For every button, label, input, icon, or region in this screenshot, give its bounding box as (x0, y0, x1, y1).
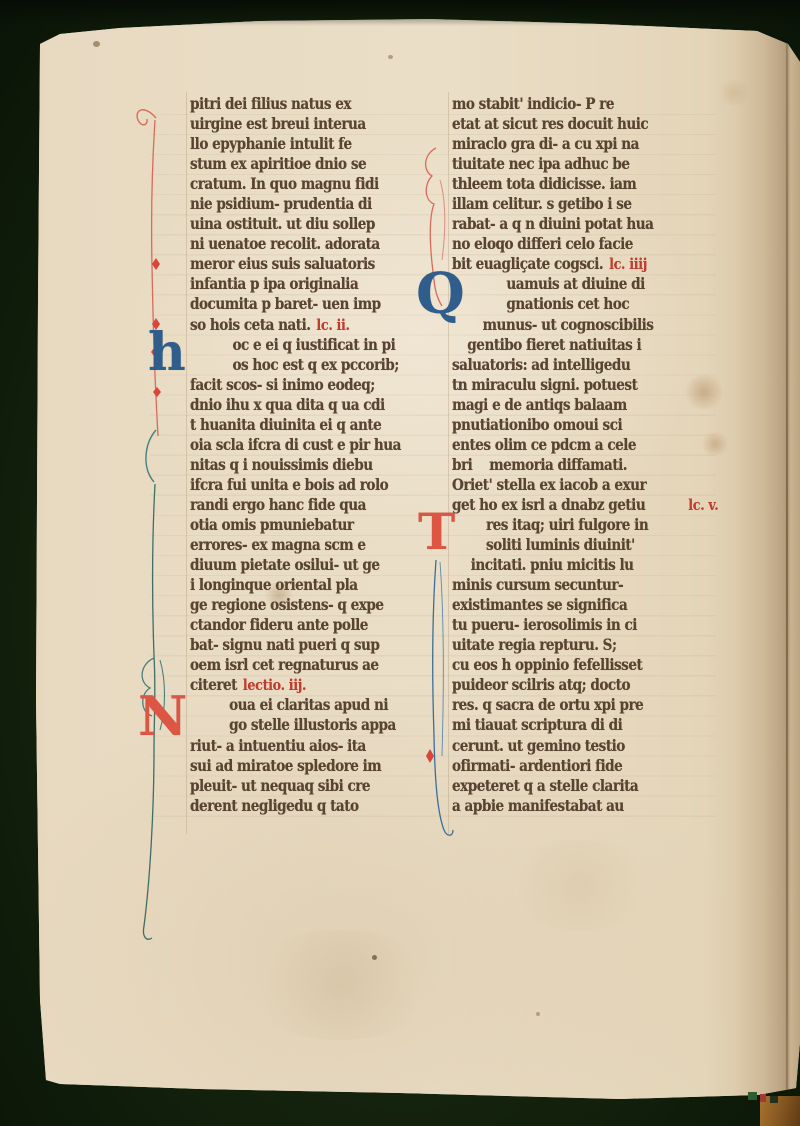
text-line: infantia p ipa originalia (190, 274, 404, 294)
latin-text: oem isrl cet regnaturus ae (190, 655, 379, 674)
latin-text: gnationis cet hoc (506, 294, 629, 313)
text-line: soliti luminis diuinit' (452, 535, 666, 555)
text-line: tu pueru- ierosolimis in ci (452, 615, 666, 635)
text-line: llo epyphanie intulit fe (190, 134, 404, 154)
text-line: bri memoria diffamati. (452, 455, 666, 475)
text-line: randi ergo hanc fide qua (190, 495, 404, 515)
text-line: incitati. pniu micitis lu (452, 555, 666, 575)
latin-text: documita p baret- uen imp (190, 294, 381, 313)
text-line: tiuitate nec ipa adhuc be (452, 154, 666, 174)
latin-text: get ho ex isrl a dnabz getiu (452, 495, 645, 514)
rubric: lc. ii. (316, 316, 349, 334)
paraph-mark-red (424, 748, 436, 764)
latin-text: llo epyphanie intulit fe (190, 134, 352, 153)
text-line: puideor scilris atq; docto (452, 675, 666, 695)
latin-text: rabat- a q n diuini potat hua (452, 214, 653, 233)
rubric: lectio. iij. (243, 676, 306, 694)
page-curl-shading (735, 30, 800, 1095)
text-line: oc e ei q iustificat in pi (190, 335, 404, 355)
text-line: cerunt. ut gemino testio (452, 736, 666, 756)
stain (240, 930, 440, 1040)
decorated-initial-h: h (148, 327, 186, 379)
latin-text: bri memoria diffamati. (452, 455, 627, 474)
latin-text: a apbie manifestabat au (452, 796, 624, 815)
latin-text: illam celitur. s getibo i se (452, 194, 632, 213)
text-line: pitri dei filius natus ex (190, 94, 404, 114)
text-line: facit scos- si inimo eodeq; (190, 375, 404, 395)
text-line: a apbie manifestabat au (452, 796, 666, 816)
page-edge-marker-red (760, 1094, 766, 1102)
latin-text: oua ei claritas apud ni (229, 695, 388, 714)
latin-text: cratum. In quo magnu fidi (190, 174, 379, 193)
latin-text: meror eius suis saluatoris (190, 254, 375, 273)
latin-text: pitri dei filius natus ex (190, 94, 351, 113)
latin-text: pleuit- ut nequaq sibi cre (190, 776, 370, 795)
paragraph-left-2: hoc e ei q iustificat in pios hoc est q … (190, 335, 442, 696)
rubric: lc. iiij (609, 255, 647, 273)
text-line: rabat- a q n diuini potat hua (452, 214, 666, 234)
latin-text: ofirmati- ardentiori fide (452, 756, 622, 775)
backdrop-shadow (0, 0, 800, 26)
text-line: otia omis pmuniebatur (190, 515, 404, 535)
latin-text: cu eos h oppinio fefellisset (452, 655, 642, 674)
text-line: sui ad miratoe spledore im (190, 756, 404, 776)
latin-text: res itaq; uiri fulgore in (486, 515, 648, 534)
text-line: i longinque oriental pla (190, 575, 404, 595)
text-line: derent negligedu q tato (190, 796, 404, 816)
latin-text: munus- ut cognoscibilis (483, 315, 654, 334)
text-line: mo stabit' indicio- P re (452, 94, 666, 114)
page-crease (786, 40, 788, 1092)
latin-text: stum ex apiritioe dnio se (190, 154, 366, 173)
text-line: nie psidium- prudentia di (190, 194, 404, 214)
foxing-speck (372, 955, 377, 960)
text-line: os hoc est q ex pccorib; (190, 355, 404, 375)
latin-text: gentibo fieret natiuitas i (467, 335, 641, 354)
text-line: existimantes se significa (452, 595, 666, 615)
text-line: uamuis at diuine di (452, 274, 666, 294)
latin-text: no eloqo differi celo facie (452, 234, 633, 253)
latin-text: tiuitate nec ipa adhuc be (452, 154, 630, 173)
text-line: res. q sacra de ortu xpi pre (452, 695, 666, 715)
latin-text: nitas q i nouissimis diebu (190, 455, 373, 474)
text-line: saluatoris: ad intelligedu (452, 355, 666, 375)
latin-text: otia omis pmuniebatur (190, 515, 354, 534)
foxing-speck (388, 55, 393, 59)
latin-text: randi ergo hanc fide qua (190, 495, 366, 514)
text-line: documita p baret- uen imp (190, 294, 404, 314)
latin-text: bat- signu nati pueri q sup (190, 635, 379, 654)
latin-text: incitati. pniu micitis lu (471, 555, 634, 574)
latin-text: ifcra fui unita e bois ad rolo (190, 475, 388, 494)
text-line: expeteret q a stelle clarita (452, 776, 666, 796)
latin-text: ge regione osistens- q expe (190, 595, 384, 614)
latin-text: puideor scilris atq; docto (452, 675, 630, 694)
foxing-speck (93, 41, 100, 47)
text-line: cratum. In quo magnu fidi (190, 174, 404, 194)
latin-text: riut- a intuentiu aios- ita (190, 736, 366, 755)
latin-text: res. q sacra de ortu xpi pre (452, 695, 643, 714)
text-line: no eloqo differi celo facie (452, 234, 666, 254)
text-line: go stelle illustoris appa (190, 715, 404, 735)
text-line: ni uenatoe recolit. adorata (190, 234, 404, 254)
text-line: oua ei claritas apud ni (190, 695, 404, 715)
text-line: illam celitur. s getibo i se (452, 194, 666, 214)
latin-text: sui ad miratoe spledore im (190, 756, 381, 775)
text-line: cu eos h oppinio fefellisset (452, 655, 666, 675)
manuscript-photo: { "document": { "kind": "medieval manusc… (0, 0, 800, 1126)
text-line: ofirmati- ardentiori fide (452, 756, 666, 776)
text-line: uina ostituit. ut diu sollep (190, 214, 404, 234)
latin-text: uina ostituit. ut diu sollep (190, 214, 375, 233)
latin-text: ni uenatoe recolit. adorata (190, 234, 380, 253)
text-line: minis cursum secuntur- (452, 575, 666, 595)
text-line: gentibo fieret natiuitas i (452, 335, 666, 355)
text-line: uitate regia repturu. S; (452, 635, 666, 655)
latin-text: so hois ceta nati. (190, 315, 310, 334)
latin-text: thleem tota didicisse. iam (452, 174, 636, 193)
latin-text: etat at sicut res docuit huic (452, 114, 648, 133)
latin-text: saluatoris: ad intelligedu (452, 355, 630, 374)
latin-text: uitate regia repturu. S; (452, 635, 616, 654)
text-line: tn miraculu signi. potuest (452, 375, 666, 395)
decorated-initial-T: T (418, 507, 455, 557)
text-line: ifcra fui unita e bois ad rolo (190, 475, 404, 495)
latin-text: t huanita diuinita ei q ante (190, 415, 381, 434)
latin-text: mi tiauat scriptura di di (452, 715, 622, 734)
latin-text: derent negligedu q tato (190, 796, 359, 815)
text-line: t huanita diuinita ei q ante (190, 415, 404, 435)
text-line: ctandor fideru ante polle (190, 615, 404, 635)
latin-text: entes olim ce pdcm a cele (452, 435, 636, 454)
column-right: mo stabit' indicio- P reetat at sicut re… (452, 94, 704, 816)
text-line: res itaq; uiri fulgore in (452, 515, 666, 535)
latin-text: nie psidium- prudentia di (190, 194, 372, 213)
latin-text: expeteret q a stelle clarita (452, 776, 638, 795)
latin-text: diuum pietate osilui- ut ge (190, 555, 379, 574)
penwork-flourish-blue-right-column (420, 556, 460, 846)
paragraph-right-1: mo stabit' indicio- P reetat at sicut re… (452, 94, 704, 274)
latin-text: citeret (190, 675, 237, 694)
latin-text: ctandor fideru ante polle (190, 615, 368, 634)
text-line: stum ex apiritioe dnio se (190, 154, 404, 174)
latin-text: bit euagliçate cogsci. (452, 254, 603, 273)
latin-text: dnio ihu x qua dita q ua cdi (190, 395, 385, 414)
text-line: oem isrl cet regnaturus ae (190, 655, 404, 675)
column-left: pitri dei filius natus exuirgine est bre… (190, 94, 442, 816)
text-line: riut- a intuentiu aios- ita (190, 736, 404, 756)
paragraph-left-1: pitri dei filius natus exuirgine est bre… (190, 94, 442, 335)
text-line: so hois ceta nati.lc. ii. (190, 315, 404, 335)
latin-text: mo stabit' indicio- P re (452, 94, 614, 113)
latin-text: pnutiationibo omoui sci (452, 415, 622, 434)
text-line: gnationis cet hoc (452, 294, 666, 314)
paragraph-right-3: Tres itaq; uiri fulgore insoliti luminis… (452, 515, 704, 816)
text-line: bit euagliçate cogsci.lc. iiij (452, 254, 666, 274)
latin-text: tu pueru- ierosolimis in ci (452, 615, 637, 634)
paragraph-left-3: Noua ei claritas apud nigo stelle illust… (190, 695, 442, 815)
text-line: diuum pietate osilui- ut ge (190, 555, 404, 575)
text-line: nitas q i nouissimis diebu (190, 455, 404, 475)
text-line: thleem tota didicisse. iam (452, 174, 666, 194)
text-line: etat at sicut res docuit huic (452, 114, 666, 134)
latin-text: go stelle illustoris appa (229, 715, 396, 734)
latin-text: os hoc est q ex pccorib; (233, 355, 399, 374)
text-line: pleuit- ut nequaq sibi cre (190, 776, 404, 796)
text-line: pnutiationibo omoui sci (452, 415, 666, 435)
text-line: meror eius suis saluatoris (190, 254, 404, 274)
latin-text: oia scla ifcra di cust e pir hua (190, 435, 401, 454)
latin-text: i longinque oriental pla (190, 575, 358, 594)
text-line: mi tiauat scriptura di di (452, 715, 666, 735)
latin-text: minis cursum secuntur- (452, 575, 623, 594)
text-line: munus- ut cognoscibilis (452, 315, 666, 335)
text-line: entes olim ce pdcm a cele (452, 435, 666, 455)
text-line: get ho ex isrl a dnabz getiulc. v. (452, 495, 666, 515)
latin-text: magi e de antiqs balaam (452, 395, 627, 414)
text-line: magi e de antiqs balaam (452, 395, 666, 415)
latin-text: existimantes se significa (452, 595, 627, 614)
latin-text: oc e ei q iustificat in pi (233, 335, 396, 354)
page-edge-marker-dark (770, 1096, 778, 1103)
penwork-flourish-red-left-margin (128, 96, 168, 456)
text-line: uirgine est breui interua (190, 114, 404, 134)
text-line: citeretlectio. iij. (190, 675, 404, 695)
text-line: bat- signu nati pueri q sup (190, 635, 404, 655)
latin-text: tn miraculu signi. potuest (452, 375, 637, 394)
text-line: miraclo gra di- a cu xpi na (452, 134, 666, 154)
latin-text: facit scos- si inimo eodeq; (190, 375, 375, 394)
page-edge-marker-green (748, 1092, 757, 1100)
latin-text: Oriet' stella ex iacob a exur (452, 475, 646, 494)
decorated-initial-N: N (138, 689, 187, 743)
latin-text: cerunt. ut gemino testio (452, 736, 625, 755)
latin-text: miraclo gra di- a cu xpi na (452, 134, 639, 153)
stain (500, 840, 660, 930)
parchment-page: pitri dei filius natus exuirgine est bre… (0, 0, 800, 1126)
latin-text: soliti luminis diuinit' (486, 535, 635, 554)
text-line: ge regione osistens- q expe (190, 595, 404, 615)
decorated-initial-Q: Q (416, 266, 465, 322)
text-line: dnio ihu x qua dita q ua cdi (190, 395, 404, 415)
rubric: lc. v. (688, 495, 718, 515)
text-line: errores- ex magna scm e (190, 535, 404, 555)
foxing-speck (536, 1012, 540, 1016)
latin-text: uamuis at diuine di (506, 274, 644, 293)
latin-text: errores- ex magna scm e (190, 535, 366, 554)
text-line: oia scla ifcra di cust e pir hua (190, 435, 404, 455)
latin-text: uirgine est breui interua (190, 114, 366, 133)
text-line: Oriet' stella ex iacob a exur (452, 475, 666, 495)
paragraph-right-2: Quamuis at diuine dignationis cet hocmun… (452, 274, 704, 515)
wood-table-corner (760, 1096, 800, 1126)
latin-text: infantia p ipa originalia (190, 274, 358, 293)
